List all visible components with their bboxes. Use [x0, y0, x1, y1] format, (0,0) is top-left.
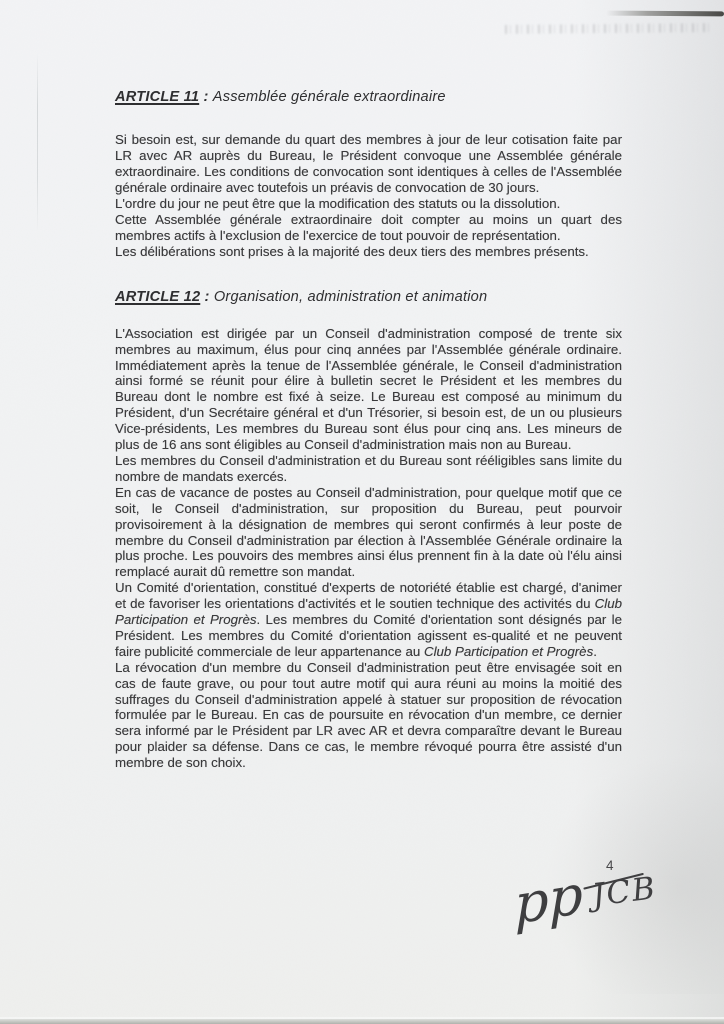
paragraph: Si besoin est, sur demande du quart des …	[115, 132, 622, 196]
handwritten-initials: JCB	[590, 870, 659, 914]
handwritten-paraph: pp	[514, 862, 583, 936]
article-12-body: L'Association est dirigée par un Conseil…	[115, 326, 622, 771]
scan-bottom-edge	[0, 1019, 724, 1024]
article-12-title: Organisation, administration et animatio…	[214, 289, 487, 305]
paragraph: Les membres du Conseil d'administration …	[115, 453, 622, 485]
document-content: ARTICLE 11 : Assemblée générale extraord…	[115, 88, 622, 771]
article-11-section: ARTICLE 11 : Assemblée générale extraord…	[115, 88, 622, 259]
page-number: 4	[606, 858, 614, 873]
scan-artifact-streak	[606, 11, 724, 17]
article-11-separator: :	[199, 89, 213, 105]
article-11-title: Assemblée générale extraordinaire	[213, 89, 446, 105]
article-12-separator: :	[200, 289, 214, 305]
paragraph: L'Association est dirigée par un Conseil…	[115, 326, 622, 453]
article-11-label: ARTICLE 11	[115, 89, 199, 105]
article-12-section: ARTICLE 12 : Organisation, administratio…	[115, 288, 622, 771]
paragraph: Un Comité d'orientation, constitué d'exp…	[115, 580, 622, 660]
paragraph: L'ordre du jour ne peut être que la modi…	[115, 196, 622, 212]
scanned-document-page: ARTICLE 11 : Assemblée générale extraord…	[0, 0, 724, 1024]
article-11-body: Si besoin est, sur demande du quart des …	[115, 132, 622, 259]
article-12-heading: ARTICLE 12 : Organisation, administratio…	[115, 288, 622, 306]
paragraph: Cette Assemblée générale extraordinaire …	[115, 212, 622, 244]
paragraph: En cas de vacance de postes au Conseil d…	[115, 485, 622, 580]
scan-shading-corner	[544, 754, 724, 994]
paragraph: Les délibérations sont prises à la major…	[115, 244, 622, 260]
paper-fold-line	[37, 52, 38, 232]
article-11-heading: ARTICLE 11 : Assemblée générale extraord…	[115, 88, 622, 106]
article-12-label: ARTICLE 12	[115, 289, 200, 305]
scan-artifact-speckle	[505, 23, 713, 34]
paragraph: La révocation d'un membre du Conseil d'a…	[115, 660, 622, 771]
